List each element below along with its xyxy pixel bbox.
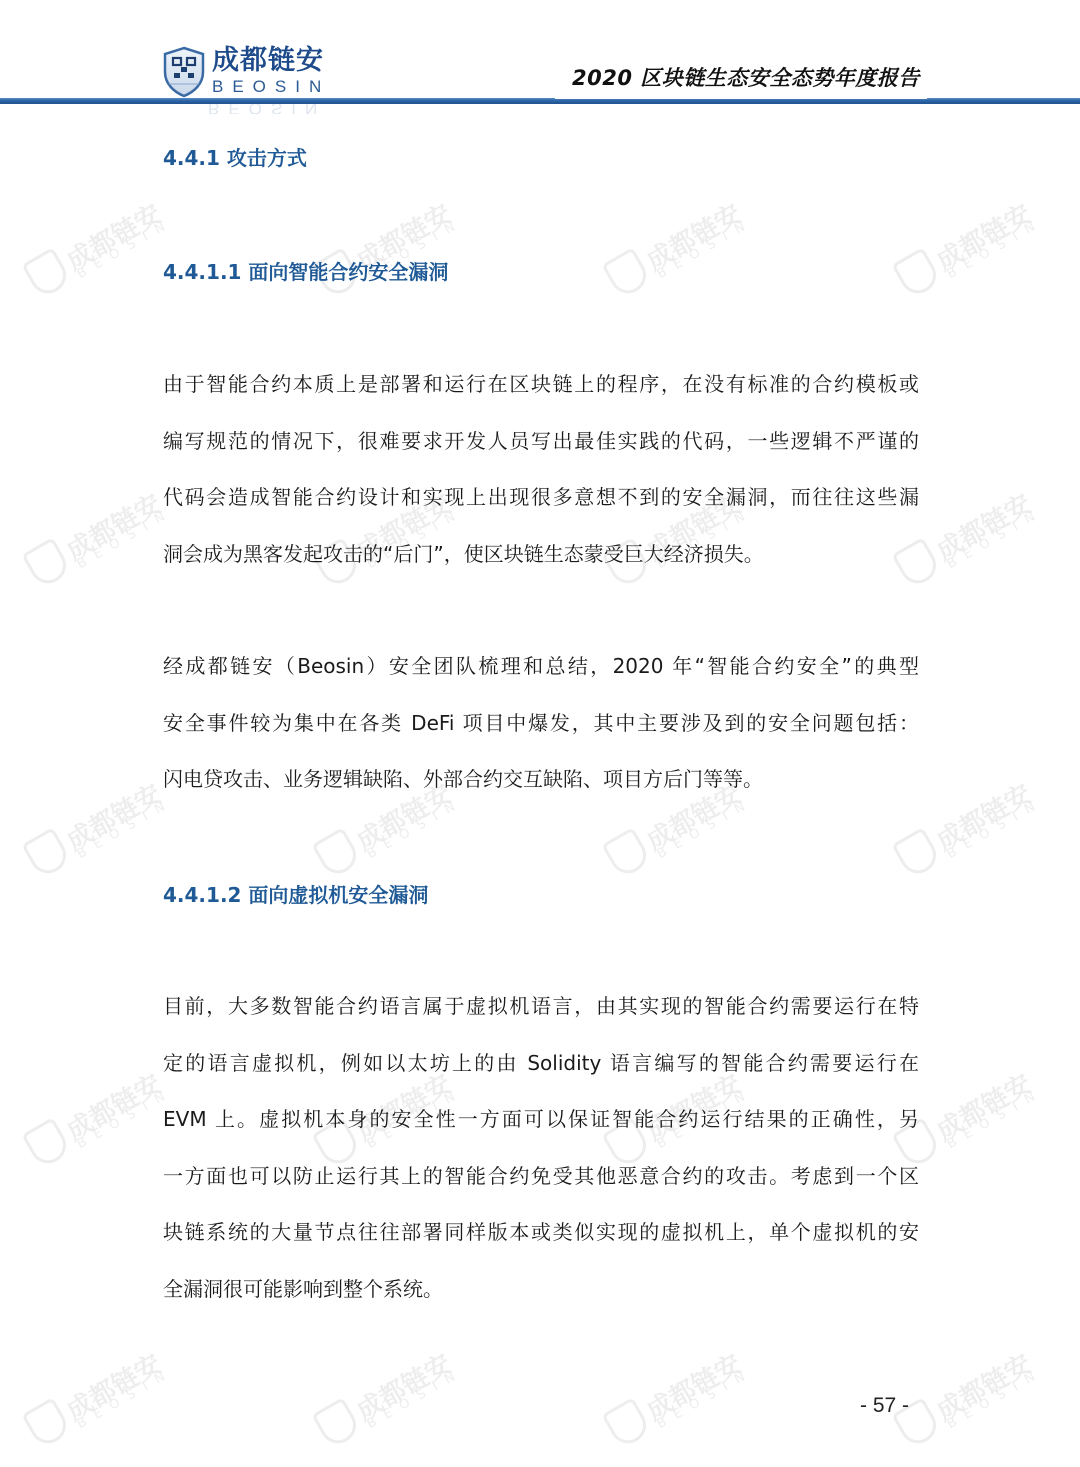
- watermark: 成都链安BEOSIN: [596, 172, 773, 309]
- paragraph-line: 一方面也可以防止运行其上的智能合约免受其他恶意合约的攻击。考虑到一个区: [163, 1148, 919, 1205]
- paragraph-beosin-summary: 经成都链安（Beosin）安全团队梳理和总结，2020 年“智能合约安全”的典型…: [163, 638, 919, 808]
- logo-en-text: BEOSIN: [212, 77, 330, 97]
- paragraph-line: 由于智能合约本质上是部署和运行在区块链上的程序，在没有标准的合约模板或: [163, 356, 919, 413]
- shield-logo-icon: [162, 46, 206, 98]
- heading-4-4-1-1: 4.4.1.1 面向智能合约安全漏洞: [163, 256, 448, 285]
- watermark: 成都链安BEOSIN: [306, 1322, 483, 1459]
- paragraph-line: 安全事件较为集中在各类 DeFi 项目中爆发，其中主要涉及到的安全问题包括：: [163, 695, 919, 752]
- logo-reflection: BEOSIN: [208, 102, 326, 114]
- heading-4-4-1-2: 4.4.1.2 面向虚拟机安全漏洞: [163, 879, 428, 908]
- watermark: 成都链安BEOSIN: [886, 172, 1063, 309]
- paragraph-line: 定的语言虚拟机，例如以太坊上的由 Solidity 语言编写的智能合约需要运行在: [163, 1035, 919, 1092]
- paragraph-smart-contract-vulns: 由于智能合约本质上是部署和运行在区块链上的程序，在没有标准的合约模板或 编写规范…: [163, 356, 919, 582]
- page-header: 成都链安 BEOSIN BEOSIN 2020 区块链生态安全态势年度报告: [0, 0, 1080, 130]
- logo-cn-text: 成都链安: [212, 46, 330, 76]
- paragraph-line: 块链系统的大量节点往往部署同样版本或类似实现的虚拟机上，单个虚拟机的安: [163, 1204, 919, 1261]
- watermark: 成都链安BEOSIN: [596, 1322, 773, 1459]
- paragraph-line: 全漏洞很可能影响到整个系统。: [163, 1261, 919, 1318]
- watermark: 成都链安BEOSIN: [16, 172, 193, 309]
- watermark: 成都链安BEOSIN: [306, 172, 483, 309]
- header-rule-notch: [555, 95, 927, 99]
- heading-4-4-1: 4.4.1 攻击方式: [163, 142, 307, 171]
- watermark: 成都链安BEOSIN: [16, 1322, 193, 1459]
- beosin-logo: 成都链安 BEOSIN: [162, 46, 330, 98]
- paragraph-vm-vulns: 目前，大多数智能合约语言属于虚拟机语言，由其实现的智能合约需要运行在特 定的语言…: [163, 978, 919, 1317]
- paragraph-line: 洞会成为黑客发起攻击的“后门”，使区块链生态蒙受巨大经济损失。: [163, 526, 919, 583]
- watermark: 成都链安BEOSIN: [886, 1322, 1063, 1459]
- paragraph-line: 目前，大多数智能合约语言属于虚拟机语言，由其实现的智能合约需要运行在特: [163, 978, 919, 1035]
- page-number: - 57 -: [860, 1394, 909, 1418]
- paragraph-line: EVM 上。虚拟机本身的安全性一方面可以保证智能合约运行结果的正确性，另: [163, 1091, 919, 1148]
- paragraph-line: 经成都链安（Beosin）安全团队梳理和总结，2020 年“智能合约安全”的典型: [163, 638, 919, 695]
- paragraph-line: 代码会造成智能合约设计和实现上出现很多意想不到的安全漏洞，而往往这些漏: [163, 469, 919, 526]
- paragraph-line: 编写规范的情况下，很难要求开发人员写出最佳实践的代码，一些逻辑不严谨的: [163, 413, 919, 470]
- paragraph-line: 闪电贷攻击、业务逻辑缺陷、外部合约交互缺陷、项目方后门等等。: [163, 751, 919, 808]
- report-title: 2020 区块链生态安全态势年度报告: [572, 62, 920, 92]
